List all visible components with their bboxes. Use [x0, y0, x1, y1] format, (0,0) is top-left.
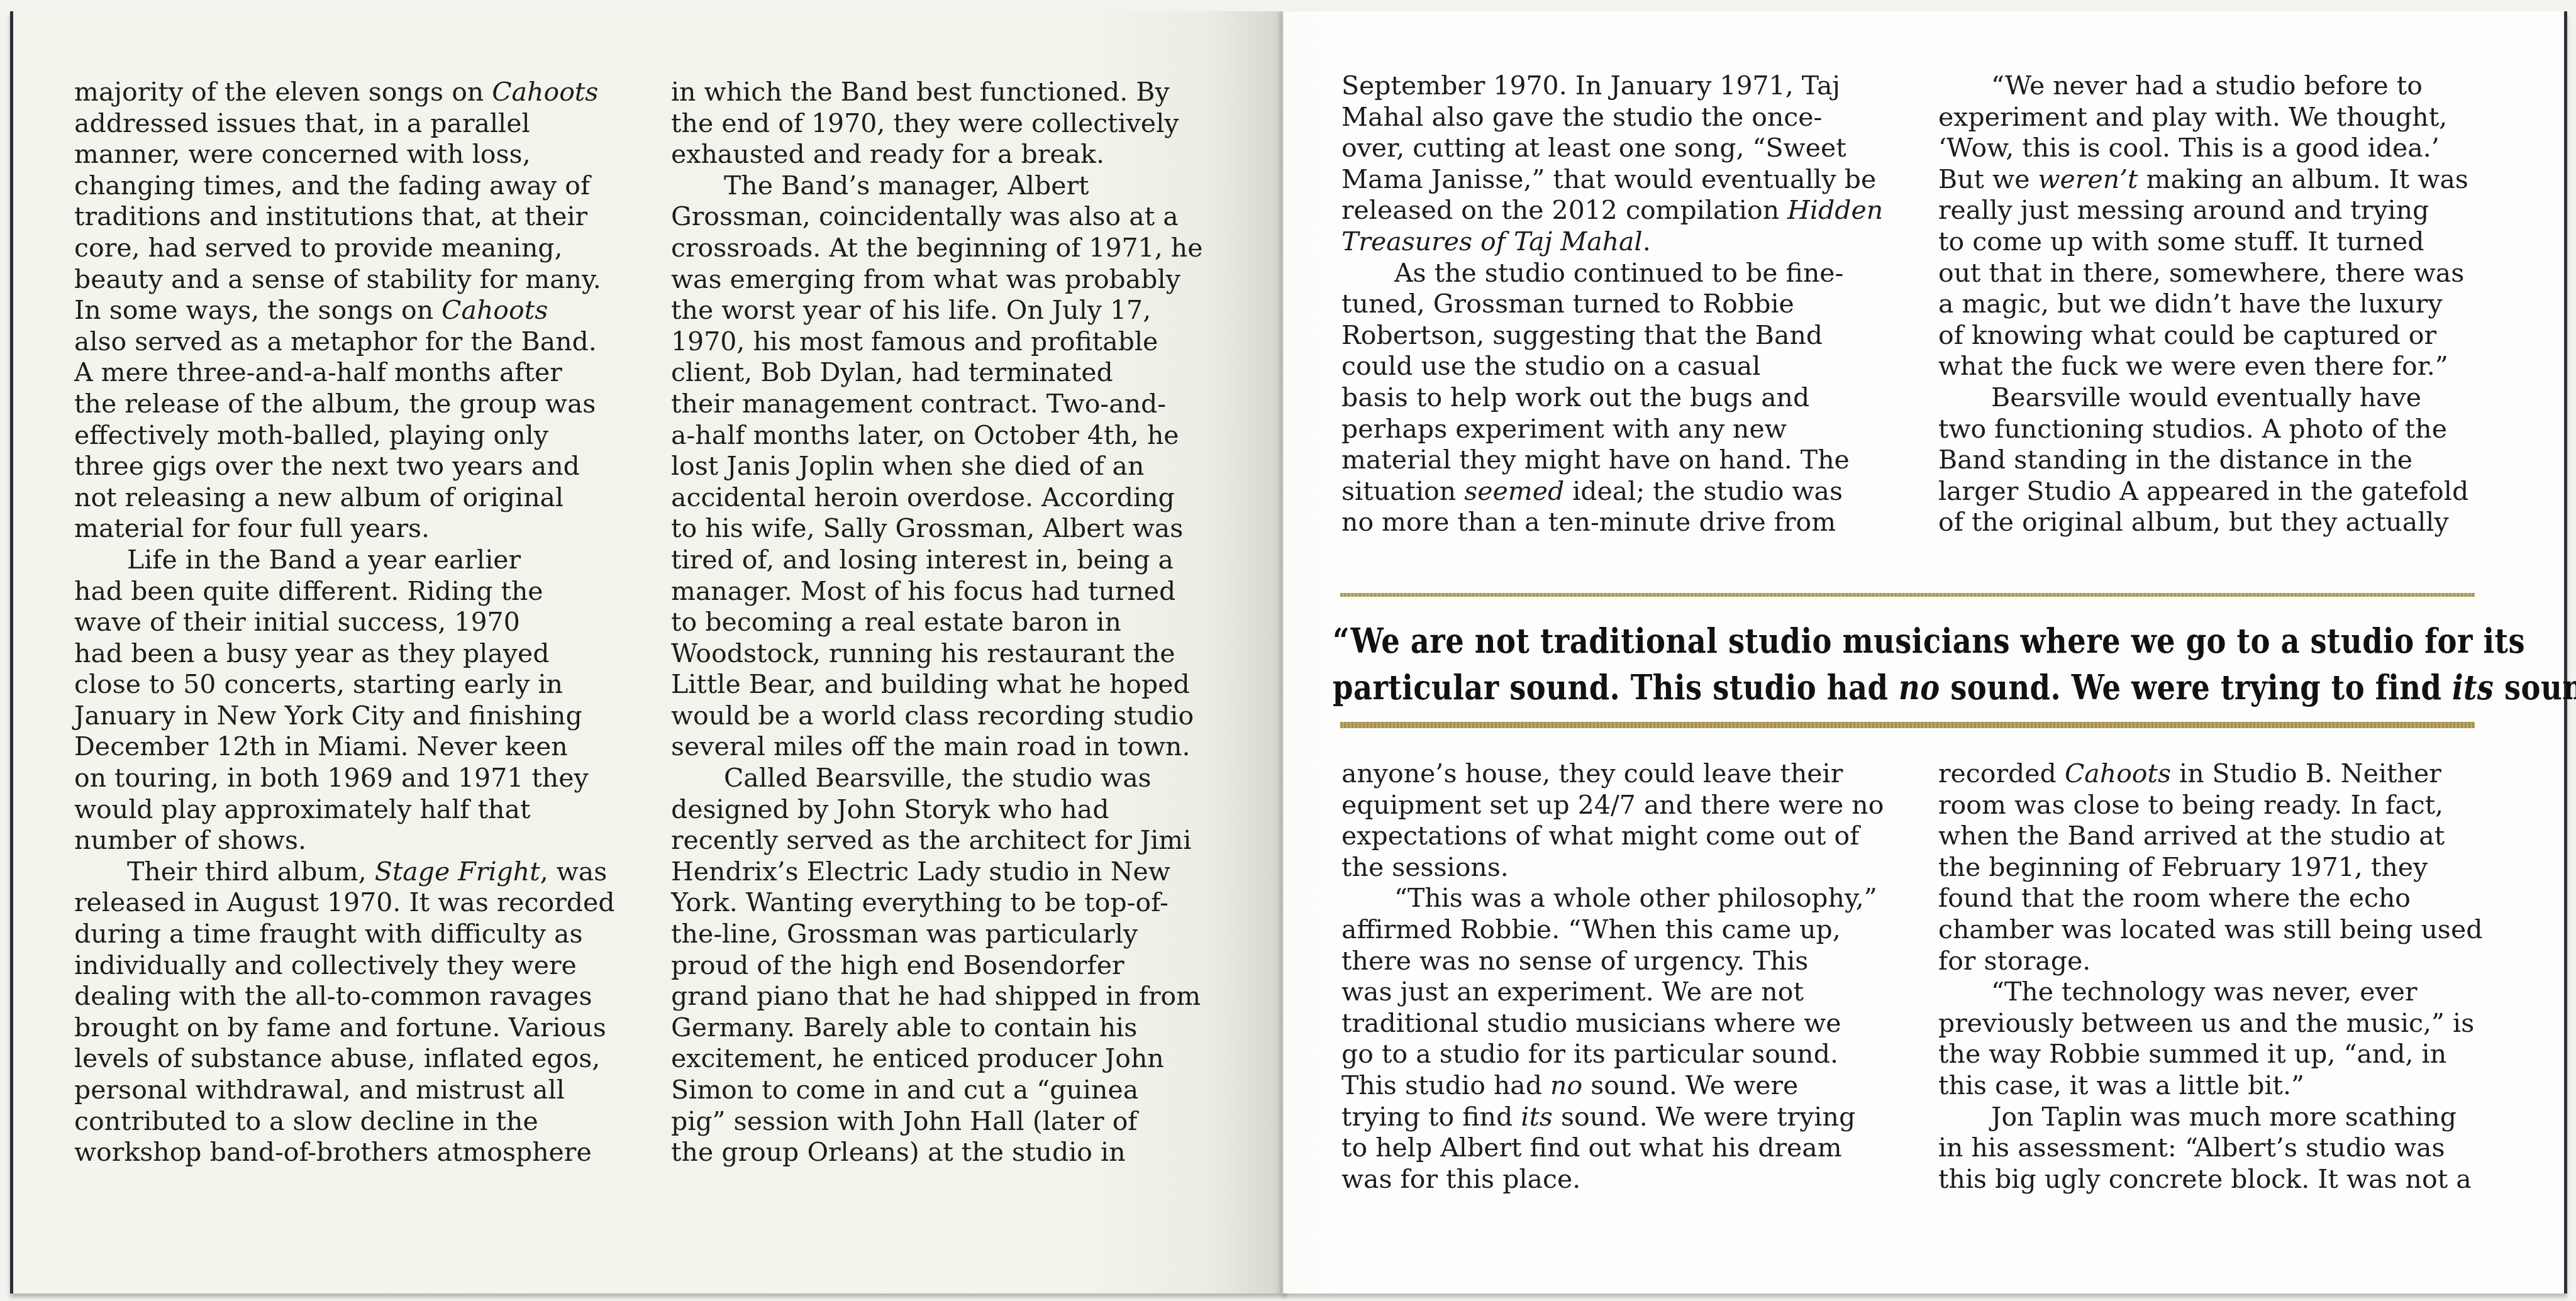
text-run: manager. Most of his focus had turned [671, 576, 1175, 606]
text-run: had been quite different. Riding the [74, 576, 543, 606]
text-run: was for this place. [1341, 1164, 1580, 1194]
text-run: Little Bear, and building what he hoped [671, 669, 1190, 699]
text-line: equipment set up 24/7 and there were no [1341, 790, 1907, 821]
text-line: of the original album, but they actually [1938, 507, 2504, 538]
text-line: crossroads. At the beginning of 1971, he [671, 233, 1237, 264]
text-run: January in New York City and finishing [74, 700, 582, 731]
text-run: ideal; the studio was [1564, 476, 1843, 506]
text-line: during a time fraught with difficulty as [74, 919, 640, 950]
text-line: number of shows. [74, 825, 640, 856]
text-run: the end of 1970, they were collectively [671, 108, 1179, 138]
right-page-column-2-bottom: recorded Cahoots in Studio B. Neitherroo… [1938, 758, 2504, 1195]
text-run: Jon Taplin was much more scathing [1991, 1102, 2457, 1132]
text-line: in which the Band best functioned. By [671, 77, 1237, 108]
text-line: not releasing a new album of original [74, 482, 640, 514]
text-run: would play approximately half that [74, 794, 530, 824]
italic-text: Cahoots [441, 295, 548, 325]
text-run: tired of, and losing interest in, being … [671, 545, 1174, 575]
text-run: to his wife, Sally Grossman, Albert was [671, 513, 1183, 543]
text-line: chamber was located was still being used [1938, 914, 2504, 946]
text-run: proud of the high end Bosendorfer [671, 950, 1124, 980]
text-run: chamber was located was still being used [1938, 914, 2482, 944]
text-line: perhaps experiment with any new [1341, 414, 1907, 445]
text-line: of knowing what could be captured or [1938, 320, 2504, 352]
text-run: was emerging from what was probably [671, 264, 1180, 294]
text-run: dealing with the all-to-common ravages [74, 981, 592, 1011]
text-line: a magic, but we didn’t have the luxury [1938, 289, 2504, 320]
text-run: anyone’s house, they could leave their [1341, 758, 1843, 789]
text-line: larger Studio A appeared in the gatefold [1938, 476, 2504, 507]
text-run: accidental heroin overdose. According [671, 482, 1175, 512]
text-run: “The technology was never, ever [1991, 977, 2418, 1007]
text-run: changing times, and the fading away of [74, 170, 590, 201]
right-page-column-2-top: “We never had a studio before toexperime… [1938, 70, 2504, 538]
text-line: Their third album, Stage Fright, was [74, 856, 640, 888]
text-line: personal withdrawal, and mistrust all [74, 1075, 640, 1106]
italic-text: weren’t [2038, 164, 2138, 194]
text-line: changing times, and the fading away of [74, 170, 640, 202]
text-run: also served as a metaphor for the Band. [74, 326, 597, 357]
text-line: the end of 1970, they were collectively [671, 108, 1237, 140]
text-line: was for this place. [1341, 1164, 1907, 1195]
text-line: 1970, his most famous and profitable [671, 326, 1237, 358]
pull-quote-text: “We are not traditional studio musicians… [1333, 617, 2339, 711]
text-line: go to a studio for its particular sound. [1341, 1039, 1907, 1070]
text-line: the beginning of February 1971, they [1938, 852, 2504, 883]
text-run: had been a busy year as they played [74, 638, 550, 668]
text-run: lost Janis Joplin when she died of an [671, 451, 1144, 481]
text-run: out that in there, somewhere, there was [1938, 258, 2464, 288]
text-line: on touring, in both 1969 and 1971 they [74, 763, 640, 794]
text-run: A mere three-and-a-half months after [74, 357, 562, 387]
text-line: Life in the Band a year earlier [74, 545, 640, 576]
text-run: personal withdrawal, and mistrust all [74, 1075, 565, 1105]
text-line: accidental heroin overdose. According [671, 482, 1237, 514]
text-run: the worst year of his life. On July 17, [671, 295, 1151, 325]
text-line: this case, it was a little bit.” [1938, 1070, 2504, 1102]
text-line: a-half months later, on October 4th, he [671, 420, 1237, 451]
text-line: to come up with some stuff. It turned [1938, 226, 2504, 258]
text-line: to help Albert find out what his dream [1341, 1132, 1907, 1164]
text-line: room was close to being ready. In fact, [1938, 790, 2504, 821]
text-line: A mere three-and-a-half months after [74, 357, 640, 389]
text-run: the way Robbie summed it up, “and, in [1938, 1039, 2446, 1069]
text-line: previously between us and the music,” is [1938, 1008, 2504, 1039]
text-run: Band standing in the distance in the [1938, 445, 2412, 475]
text-line: several miles off the main road in town. [671, 731, 1237, 763]
text-line: the-line, Grossman was particularly [671, 919, 1237, 950]
text-line: experiment and play with. We thought, [1938, 102, 2504, 133]
text-line: dealing with the all-to-common ravages [74, 981, 640, 1012]
text-line: for storage. [1938, 946, 2504, 977]
left-page-column-1: majority of the eleven songs on Cahootsa… [74, 77, 640, 1168]
text-line: But we weren’t making an album. It was [1938, 164, 2504, 196]
italic-text: Stage Fright [375, 856, 540, 887]
text-line: affirmed Robbie. “When this came up, [1341, 914, 1907, 946]
text-line: ‘Wow, this is cool. This is a good idea.… [1938, 133, 2504, 164]
text-line: In some ways, the songs on Cahoots [74, 295, 640, 326]
right-page-column-1-top: September 1970. In January 1971, TajMaha… [1341, 70, 1907, 538]
text-run: In some ways, the songs on [74, 295, 441, 325]
text-run: no more than a ten-minute drive from [1341, 507, 1836, 537]
text-line: Treasures of Taj Mahal. [1341, 226, 1907, 258]
text-run: a-half months later, on October 4th, he [671, 420, 1179, 450]
text-run: tuned, Grossman turned to Robbie [1341, 289, 1794, 319]
text-line: proud of the high end Bosendorfer [671, 950, 1237, 982]
text-run: York. Wanting everything to be top-of- [671, 887, 1169, 917]
text-line: Little Bear, and building what he hoped [671, 669, 1237, 700]
text-run: released in August 1970. It was recorded [74, 887, 615, 917]
pull-quote-bottom-rule [1340, 722, 2475, 728]
pull-quote: “We are not traditional studio musicians… [1318, 591, 2494, 731]
text-line: had been a busy year as they played [74, 638, 640, 670]
text-line: their management contract. Two-and- [671, 389, 1237, 420]
text-line: trying to find its sound. We were trying [1341, 1102, 1907, 1133]
booklet-spread: majority of the eleven songs on Cahootsa… [0, 0, 2576, 1301]
text-run: was just an experiment. We are not [1341, 977, 1804, 1007]
text-line: tired of, and losing interest in, being … [671, 545, 1237, 576]
text-line: the way Robbie summed it up, “and, in [1938, 1039, 2504, 1070]
text-line: Bearsville would eventually have [1938, 382, 2504, 414]
text-line: designed by John Storyk who had [671, 794, 1237, 826]
text-run: excitement, he enticed producer John [671, 1043, 1164, 1073]
italic-text: seemed [1464, 476, 1564, 506]
text-run: traditions and institutions that, at the… [74, 201, 587, 231]
text-run: Grossman, coincidentally was also at a [671, 201, 1179, 231]
text-line: core, had served to provide meaning, [74, 233, 640, 264]
text-line: wave of their initial success, 1970 [74, 607, 640, 638]
text-line: recorded Cahoots in Studio B. Neither [1938, 758, 2504, 790]
text-line: close to 50 concerts, starting early in [74, 669, 640, 700]
text-line: recently served as the architect for Jim… [671, 825, 1237, 856]
pull-quote-line: particular sound. This studio had no sou… [1333, 664, 2339, 711]
text-run: Hendrix’s Electric Lady studio in New [671, 856, 1170, 887]
text-line: As the studio continued to be fine- [1341, 258, 1907, 289]
text-run: a magic, but we didn’t have the luxury [1938, 289, 2443, 319]
text-line: material for four full years. [74, 513, 640, 545]
text-line: to his wife, Sally Grossman, Albert was [671, 513, 1237, 545]
text-line: what the fuck we were even there for.” [1938, 351, 2504, 382]
text-run: not releasing a new album of original [74, 482, 563, 512]
text-run: on touring, in both 1969 and 1971 they [74, 763, 589, 793]
text-line: grand piano that he had shipped in from [671, 981, 1237, 1012]
text-run: to becoming a real estate baron in [671, 607, 1121, 637]
text-line: Mahal also gave the studio the once- [1341, 102, 1907, 133]
text-run: exhausted and ready for a break. [671, 139, 1104, 169]
text-run: Called Bearsville, the studio was [724, 763, 1152, 793]
text-run: released on the 2012 compilation [1341, 195, 1787, 225]
text-run: during a time fraught with difficulty as [74, 919, 582, 949]
text-run: contributed to a slow decline in the [74, 1106, 538, 1136]
text-run: perhaps experiment with any new [1341, 414, 1787, 444]
text-run: particular sound. This studio had [1333, 667, 1899, 707]
text-run: trying to find [1341, 1102, 1521, 1132]
text-line: the release of the album, the group was [74, 389, 640, 420]
text-line: lost Janis Joplin when she died of an [671, 451, 1237, 482]
text-line: Hendrix’s Electric Lady studio in New [671, 856, 1237, 888]
text-run: September 1970. In January 1971, Taj [1341, 70, 1840, 101]
text-run: recorded [1938, 758, 2065, 789]
text-run: three gigs over the next two years and [74, 451, 580, 481]
text-line: effectively moth-balled, playing only [74, 420, 640, 451]
text-run: of knowing what could be captured or [1938, 320, 2436, 350]
text-run: This studio had [1341, 1070, 1550, 1100]
text-run: The Band’s manager, Albert [724, 170, 1089, 201]
text-run: in which the Band best functioned. By [671, 77, 1170, 107]
text-line: Band standing in the distance in the [1938, 445, 2504, 476]
text-line: exhausted and ready for a break. [671, 139, 1237, 170]
text-run: close to 50 concerts, starting early in [74, 669, 563, 699]
text-run: this big ugly concrete block. It was not… [1938, 1164, 2472, 1194]
text-line: was just an experiment. We are not [1341, 977, 1907, 1008]
text-run: pig” session with John Hall (later of [671, 1106, 1138, 1136]
text-run: core, had served to provide meaning, [74, 233, 563, 263]
text-run: Mahal also gave the studio the once- [1341, 102, 1822, 132]
text-line: “The technology was never, ever [1938, 977, 2504, 1008]
text-line: January in New York City and finishing [74, 700, 640, 732]
text-run: grand piano that he had shipped in from [671, 981, 1201, 1011]
text-line: manager. Most of his focus had turned [671, 576, 1237, 607]
text-line: would play approximately half that [74, 794, 640, 826]
text-line: the sessions. [1341, 852, 1907, 883]
text-run: go to a studio for its particular sound. [1341, 1039, 1838, 1069]
text-line: pig” session with John Hall (later of [671, 1106, 1237, 1138]
text-line: York. Wanting everything to be top-of- [671, 887, 1237, 919]
text-run: could use the studio on a casual [1341, 351, 1760, 381]
text-run: experiment and play with. We thought, [1938, 102, 2447, 132]
text-line: contributed to a slow decline in the [74, 1106, 640, 1138]
italic-text: Cahoots [2065, 758, 2171, 789]
text-line: September 1970. In January 1971, Taj [1341, 70, 1907, 102]
text-run: the beginning of February 1971, they [1938, 852, 2428, 882]
pull-quote-top-rule [1340, 593, 2475, 597]
text-run: expectations of what might come out of [1341, 821, 1859, 851]
text-run: material they might have on hand. The [1341, 445, 1850, 475]
text-run: Germany. Barely able to contain his [671, 1012, 1137, 1043]
text-run: majority of the eleven songs on [74, 77, 492, 107]
text-line: in his assessment: “Albert’s studio was [1938, 1132, 2504, 1164]
text-line: over, cutting at least one song, “Sweet [1341, 133, 1907, 164]
text-line: tuned, Grossman turned to Robbie [1341, 289, 1907, 320]
gutter-shadow [1277, 11, 1285, 1293]
text-line: released in August 1970. It was recorded [74, 887, 640, 919]
text-run: 1970, his most famous and profitable [671, 326, 1158, 357]
text-line: Woodstock, running his restaurant the [671, 638, 1237, 670]
text-run: of the original album, but they actually [1938, 507, 2449, 537]
text-line: majority of the eleven songs on Cahoots [74, 77, 640, 108]
text-line: the worst year of his life. On July 17, [671, 295, 1237, 326]
text-run: levels of substance abuse, inflated egos… [74, 1043, 600, 1073]
text-line: material they might have on hand. The [1341, 445, 1907, 476]
text-run: As the studio continued to be fine- [1394, 258, 1843, 288]
text-run: found that the room where the echo [1938, 883, 2411, 913]
text-run: manner, were concerned with loss, [74, 139, 531, 169]
text-run: workshop band-of-brothers atmosphere [74, 1137, 592, 1167]
text-run: Bearsville would eventually have [1991, 382, 2421, 412]
text-run: brought on by fame and fortune. Various [74, 1012, 606, 1043]
left-page-column-2: in which the Band best functioned. Bythe… [671, 77, 1237, 1168]
text-run: to come up with some stuff. It turned [1938, 226, 2424, 257]
text-run: affirmed Robbie. “When this came up, [1341, 914, 1841, 944]
text-run: Robertson, suggesting that the Band [1341, 320, 1823, 350]
text-run: sound. We were [1582, 1070, 1798, 1100]
text-run: But we [1938, 164, 2038, 194]
text-run: ‘Wow, this is cool. This is a good idea.… [1938, 133, 2440, 163]
text-line: anyone’s house, they could leave their [1341, 758, 1907, 790]
text-run: Woodstock, running his restaurant the [671, 638, 1175, 668]
text-run: for storage. [1938, 946, 2090, 976]
text-line: individually and collectively they were [74, 950, 640, 982]
text-run: effectively moth-balled, playing only [74, 420, 548, 450]
text-run: “We never had a studio before to [1991, 70, 2423, 101]
text-run: . [1643, 226, 1651, 257]
text-line: also served as a metaphor for the Band. [74, 326, 640, 358]
text-line: traditional studio musicians where we [1341, 1008, 1907, 1039]
text-run: in Studio B. Neither [2171, 758, 2441, 789]
text-line: no more than a ten-minute drive from [1341, 507, 1907, 538]
text-run: larger Studio A appeared in the gatefold [1938, 476, 2468, 506]
text-run: previously between us and the music,” is [1938, 1008, 2474, 1038]
text-line: manner, were concerned with loss, [74, 139, 640, 170]
text-line: excitement, he enticed producer John [671, 1043, 1237, 1075]
text-run: this case, it was a little bit.” [1938, 1070, 2304, 1100]
text-line: Grossman, coincidentally was also at a [671, 201, 1237, 233]
text-line: Germany. Barely able to contain his [671, 1012, 1237, 1044]
text-run: “This was a whole other philosophy,” [1394, 883, 1877, 913]
italic-text: Cahoots [492, 77, 598, 107]
italic-text: Treasures of Taj Mahal [1341, 226, 1643, 257]
text-run: equipment set up 24/7 and there were no [1341, 790, 1884, 820]
text-run: to help Albert find out what his dream [1341, 1132, 1842, 1163]
text-line: really just messing around and trying [1938, 195, 2504, 226]
text-run: situation [1341, 476, 1464, 506]
text-line: “This was a whole other philosophy,” [1341, 883, 1907, 914]
text-line: basis to help work out the bugs and [1341, 382, 1907, 414]
text-run: when the Band arrived at the studio at [1938, 821, 2445, 851]
text-line: “We never had a studio before to [1938, 70, 2504, 102]
text-run: material for four full years. [74, 513, 430, 543]
text-run: the release of the album, the group was [74, 389, 596, 419]
text-run: the sessions. [1341, 852, 1509, 882]
text-run: in his assessment: “Albert’s studio was [1938, 1132, 2445, 1163]
text-run: Mama Janisse,” that would eventually be [1341, 164, 1876, 194]
text-line: The Band’s manager, Albert [671, 170, 1237, 202]
text-line: to becoming a real estate baron in [671, 607, 1237, 638]
right-page-column-1-bottom: anyone’s house, they could leave theireq… [1341, 758, 1907, 1195]
text-line: Mama Janisse,” that would eventually be [1341, 164, 1907, 196]
text-run: their management contract. Two-and- [671, 389, 1166, 419]
text-line: beauty and a sense of stability for many… [74, 264, 640, 296]
text-run: two functioning studios. A photo of the [1938, 414, 2447, 444]
text-line: Called Bearsville, the studio was [671, 763, 1237, 794]
text-run: “We are not traditional studio musicians… [1333, 621, 2525, 661]
text-line: there was no sense of urgency. This [1341, 946, 1907, 977]
italic-text: no [1899, 667, 1940, 707]
text-run: traditional studio musicians where we [1341, 1008, 1841, 1038]
text-run: really just messing around and trying [1938, 195, 2429, 225]
text-run: what the fuck we were even there for.” [1938, 351, 2448, 381]
text-run: Life in the Band a year earlier [127, 545, 521, 575]
text-run: crossroads. At the beginning of 1971, he [671, 233, 1202, 263]
pull-quote-line: “We are not traditional studio musicians… [1333, 617, 2339, 664]
text-line: three gigs over the next two years and [74, 451, 640, 482]
text-run: several miles off the main road in town. [671, 731, 1191, 761]
italic-text: no [1550, 1070, 1582, 1100]
text-run: the-line, Grossman was particularly [671, 919, 1138, 949]
text-line: would be a world class recording studio [671, 700, 1237, 732]
text-line: expectations of what might come out of [1341, 821, 1907, 852]
text-run: Their third album, [127, 856, 375, 887]
text-run: December 12th in Miami. Never keen [74, 731, 568, 761]
text-line: traditions and institutions that, at the… [74, 201, 640, 233]
text-run: client, Bob Dylan, had terminated [671, 357, 1113, 387]
text-run: room was close to being ready. In fact, [1938, 790, 2443, 820]
text-run: , was [540, 856, 608, 887]
text-run: making an album. It was [2138, 164, 2468, 194]
text-run: sound.” [2494, 667, 2576, 707]
text-line: workshop band-of-brothers atmosphere [74, 1137, 640, 1168]
text-line: This studio had no sound. We were [1341, 1070, 1907, 1102]
text-run: wave of their initial success, 1970 [74, 607, 520, 637]
text-line: levels of substance abuse, inflated egos… [74, 1043, 640, 1075]
text-run: the group Orleans) at the studio in [671, 1137, 1126, 1167]
text-run: number of shows. [74, 825, 306, 855]
text-line: two functioning studios. A photo of the [1938, 414, 2504, 445]
text-run: sound. We were trying [1553, 1102, 1855, 1132]
text-line: brought on by fame and fortune. Various [74, 1012, 640, 1044]
text-run: recently served as the architect for Jim… [671, 825, 1191, 855]
text-line: December 12th in Miami. Never keen [74, 731, 640, 763]
text-run: Simon to come in and cut a “guinea [671, 1075, 1138, 1105]
text-line: when the Band arrived at the studio at [1938, 821, 2504, 852]
text-line: situation seemed ideal; the studio was [1341, 476, 1907, 507]
text-run: basis to help work out the bugs and [1341, 382, 1809, 412]
text-run: designed by John Storyk who had [671, 794, 1109, 824]
text-line: addressed issues that, in a parallel [74, 108, 640, 140]
italic-text: its [1521, 1102, 1553, 1132]
text-line: found that the room where the echo [1938, 883, 2504, 914]
text-line: could use the studio on a casual [1341, 351, 1907, 382]
text-line: Robertson, suggesting that the Band [1341, 320, 1907, 352]
text-line: the group Orleans) at the studio in [671, 1137, 1237, 1168]
text-run: there was no sense of urgency. This [1341, 946, 1808, 976]
text-run: addressed issues that, in a parallel [74, 108, 530, 138]
text-line: this big ugly concrete block. It was not… [1938, 1164, 2504, 1195]
italic-text: its [2452, 667, 2494, 707]
text-line: Jon Taplin was much more scathing [1938, 1102, 2504, 1133]
text-run: individually and collectively they were [74, 950, 577, 980]
italic-text: Hidden [1787, 195, 1883, 225]
text-line: out that in there, somewhere, there was [1938, 258, 2504, 289]
text-line: Simon to come in and cut a “guinea [671, 1075, 1237, 1106]
text-line: client, Bob Dylan, had terminated [671, 357, 1237, 389]
text-line: released on the 2012 compilation Hidden [1341, 195, 1907, 226]
text-line: was emerging from what was probably [671, 264, 1237, 296]
text-line: had been quite different. Riding the [74, 576, 640, 607]
text-run: beauty and a sense of stability for many… [74, 264, 601, 294]
text-run: sound. We were trying to find [1940, 667, 2452, 707]
text-run: over, cutting at least one song, “Sweet [1341, 133, 1846, 163]
text-run: would be a world class recording studio [671, 700, 1194, 731]
